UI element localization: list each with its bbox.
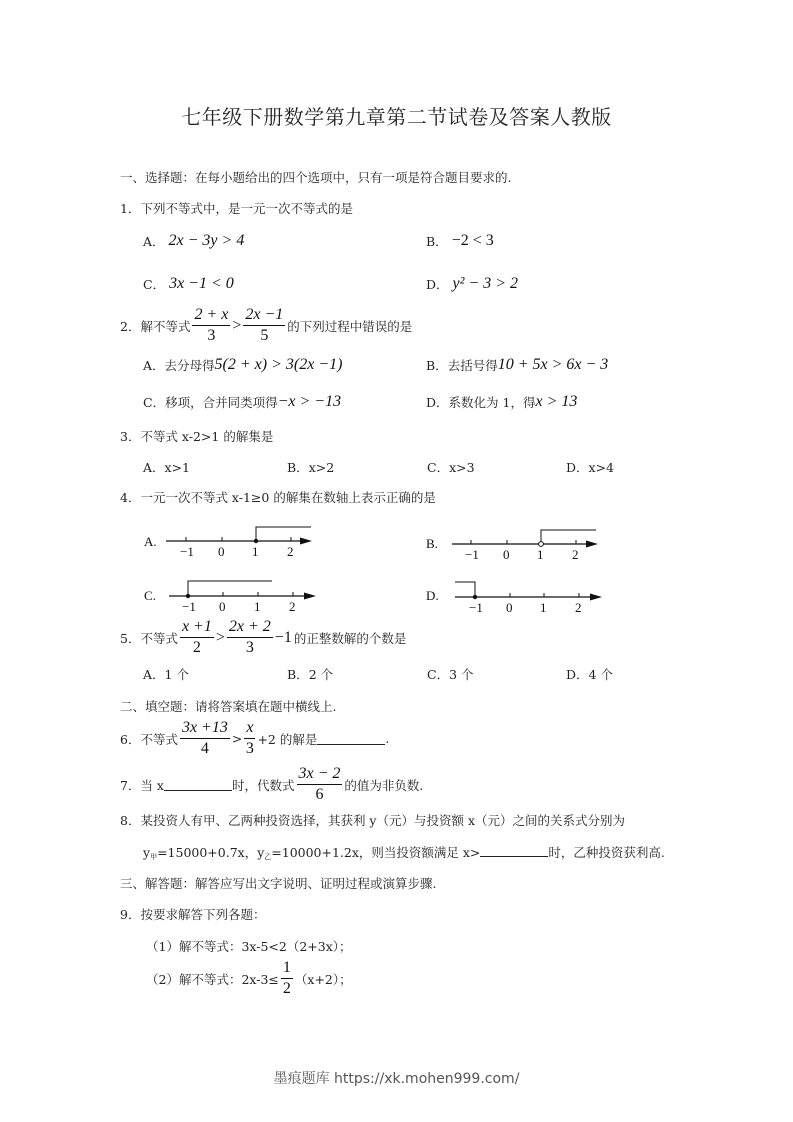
q8-line-2: y甲=15000+0.7x，y乙=10000+1.2x，则当投资额满足 x>时，…: [143, 843, 665, 862]
svg-text:0: 0: [506, 600, 513, 615]
q5-option-a: A．1 个: [143, 665, 189, 683]
q2-fraction-right: 2x −15: [243, 305, 285, 346]
svg-text:−1: −1: [182, 599, 196, 614]
q5-fraction-left: x +12: [180, 617, 214, 658]
q9-part-1: （1）解不等式：3x-5<2（2+3x）；: [146, 937, 352, 955]
q7-answer-blank[interactable]: [164, 778, 232, 791]
q8-answer-blank[interactable]: [480, 844, 548, 857]
q5-option-c: C．3 个: [427, 665, 474, 683]
q2-option-d: D．系数化为 1，得 x > 13: [426, 393, 577, 411]
svg-text:2: 2: [575, 600, 582, 615]
svg-text:1: 1: [537, 547, 544, 562]
q2-fraction-left: 2 + x3: [192, 305, 230, 346]
svg-text:2: 2: [287, 544, 294, 559]
svg-text:0: 0: [218, 544, 225, 559]
q3-option-c: C．x>3: [427, 458, 475, 476]
q2-option-c: C．移项，合并同类项得 −x > −13: [143, 393, 341, 411]
q2-option-b: B．去括号得 10 + 5x > 6x − 3: [426, 356, 608, 374]
q2-option-a: A．去分母得 5(2 + x) > 3(2x −1): [143, 356, 342, 374]
page-title: 七年级下册数学第九章第二节试卷及答案人教版: [0, 101, 793, 130]
number-line-b: B. −1 0 1 2: [420, 520, 610, 569]
q7: 7．当 x 时，代数式 3x − 26 的值为非负数.: [120, 764, 423, 805]
svg-text:D.: D.: [426, 588, 439, 603]
number-line-d: D. −1 0 1 2: [420, 572, 610, 621]
q9-stem: 9．按要求解答下列各题：: [120, 905, 265, 923]
q5-fraction-right: 2x + 23: [227, 617, 273, 658]
svg-text:−1: −1: [465, 547, 479, 562]
svg-text:0: 0: [219, 599, 226, 614]
q8-line-1: 8．某投资人有甲、乙两种投资选择，其获利 y（元）与投资额 x（元）之间的关系式…: [120, 811, 625, 829]
q6-fraction-right: x3: [244, 718, 255, 759]
number-line-a: A. −1 0 1 2: [140, 518, 325, 567]
svg-text:1: 1: [540, 600, 547, 615]
section-2-heading: 二、填空题：请将答案填在题中横线上.: [120, 697, 336, 715]
q9-part-2: （2）解不等式：2x-3≤ 12 （x+2）；: [146, 958, 352, 999]
q1-stem: 1．下列不等式中，是一元一次不等式的是: [120, 199, 353, 217]
svg-text:1: 1: [254, 599, 261, 614]
q1-option-a: A． 2x − 3y > 4: [143, 232, 244, 250]
q9-fraction: 12: [281, 958, 293, 999]
svg-text:1: 1: [252, 544, 259, 559]
svg-text:−1: −1: [469, 600, 483, 615]
svg-text:2: 2: [289, 599, 296, 614]
q5-option-d: D．4 个: [566, 665, 613, 683]
svg-text:C.: C.: [144, 588, 156, 603]
q5-option-b: B．2 个: [287, 665, 333, 683]
number-line-c: C. −1 0 1 2: [140, 572, 325, 621]
section-1-heading: 一、选择题：在每小题给出的四个选项中，只有一项是符合题目要求的.: [120, 168, 511, 186]
q6: 6．不等式 3x +134 > x3 +2 的解是 .: [120, 718, 389, 759]
svg-text:A.: A.: [144, 534, 157, 549]
svg-text:0: 0: [503, 547, 510, 562]
watermark-footer: 墨痕题库 https://xk.mohen999.com/: [0, 1068, 793, 1088]
q6-fraction-left: 3x +134: [180, 718, 230, 759]
q1-option-c: C． 3x −1 < 0: [143, 275, 234, 293]
q5-stem: 5．不等式 x +12 > 2x + 23 −1 的正整数解的个数是: [120, 617, 406, 658]
svg-text:B.: B.: [426, 536, 438, 551]
svg-text:2: 2: [572, 547, 579, 562]
q6-answer-blank[interactable]: [317, 732, 385, 745]
svg-text:−1: −1: [180, 544, 194, 559]
q3-option-a: A．x>1: [143, 458, 190, 476]
q4-stem: 4．一元一次不等式 x-1≥0 的解集在数轴上表示正确的是: [120, 488, 436, 506]
q3-stem: 3．不等式 x-2>1 的解集是: [120, 427, 273, 445]
q7-fraction: 3x − 26: [297, 764, 343, 805]
q2-stem: 2．解不等式 2 + x3 > 2x −15 的下列过程中错误的是: [120, 305, 412, 346]
q3-option-d: D．x>4: [566, 458, 614, 476]
q1-option-d: D． y² − 3 > 2: [426, 275, 518, 293]
q1-option-b: B． −2 < 3: [426, 232, 494, 250]
q3-option-b: B．x>2: [287, 458, 334, 476]
section-3-heading: 三、解答题：解答应写出文字说明、证明过程或演算步骤.: [120, 874, 436, 892]
